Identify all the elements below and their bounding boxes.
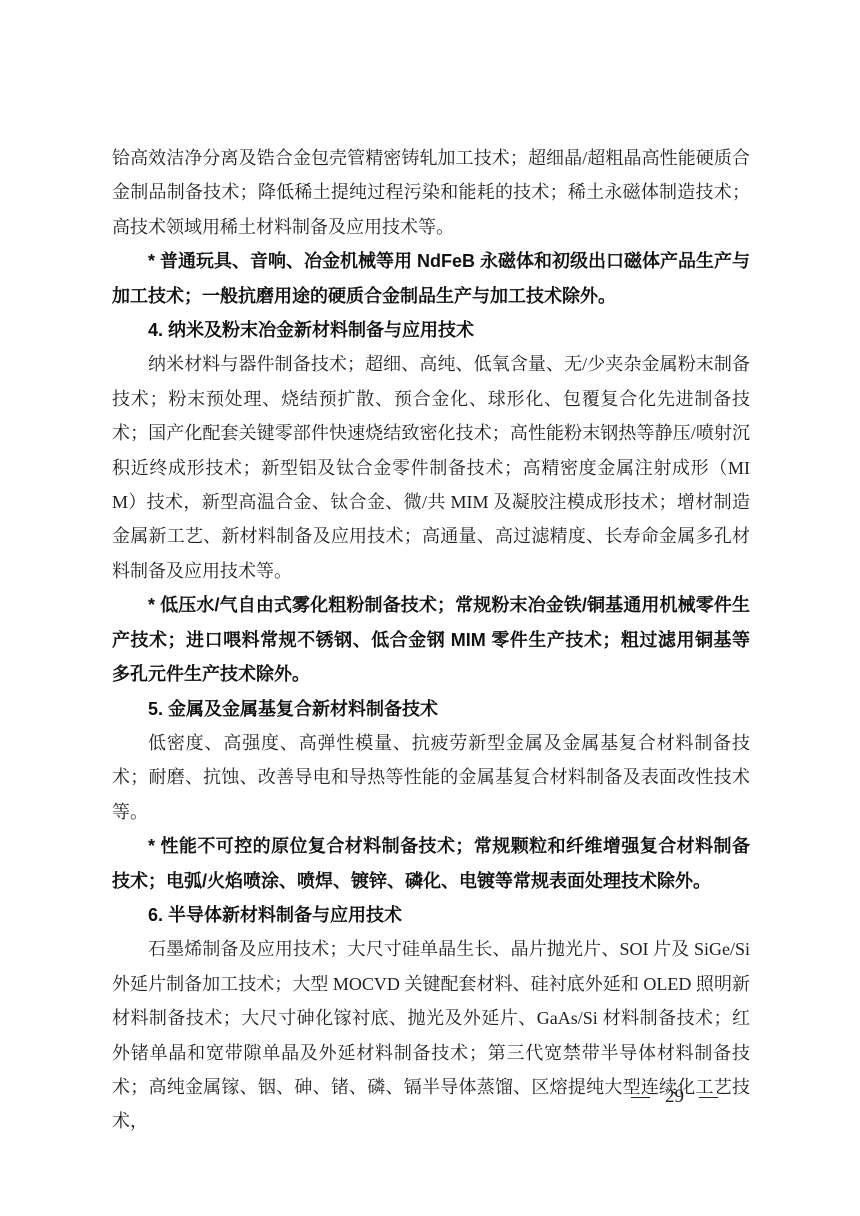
section-heading: 4. 纳米及粉末冶金新材料制备与应用技术 — [112, 313, 750, 347]
body-paragraph: 纳米材料与器件制备技术；超细、高纯、低氧含量、无/少夹杂金属粉末制备技术；粉末预… — [112, 347, 750, 588]
document-page: 铪高效洁净分离及锆合金包壳管精密铸轧加工技术；超细晶/超粗晶高性能硬质合金制品制… — [0, 0, 860, 1216]
exclusion-note: * 普通玩具、音响、冶金机械等用 NdFeB 永磁体和初级出口磁体产品生产与加工… — [112, 244, 750, 313]
exclusion-note: * 性能不可控的原位复合材料制备技术；常规颗粒和纤维增强复合材料制备技术；电弧/… — [112, 829, 750, 898]
body-paragraph: 低密度、高强度、高弹性模量、抗疲劳新型金属及金属基复合材料制备技术；耐磨、抗蚀、… — [112, 726, 750, 829]
page-number: 29 — [665, 1086, 684, 1108]
document-body: 铪高效洁净分离及锆合金包壳管精密铸轧加工技术；超细晶/超粗晶高性能硬质合金制品制… — [112, 141, 750, 1139]
page-footer: — 29 — — [631, 1086, 718, 1108]
footer-dash-right: — — [699, 1086, 718, 1108]
section-heading: 6. 半导体新材料制备与应用技术 — [112, 898, 750, 932]
body-paragraph: 铪高效洁净分离及锆合金包壳管精密铸轧加工技术；超细晶/超粗晶高性能硬质合金制品制… — [112, 141, 750, 244]
footer-dash-left: — — [631, 1086, 650, 1108]
exclusion-note: * 低压水/气自由式雾化粗粉制备技术；常规粉末冶金铁/铜基通用机械零件生产技术；… — [112, 588, 750, 691]
section-heading: 5. 金属及金属基复合新材料制备技术 — [112, 692, 750, 726]
